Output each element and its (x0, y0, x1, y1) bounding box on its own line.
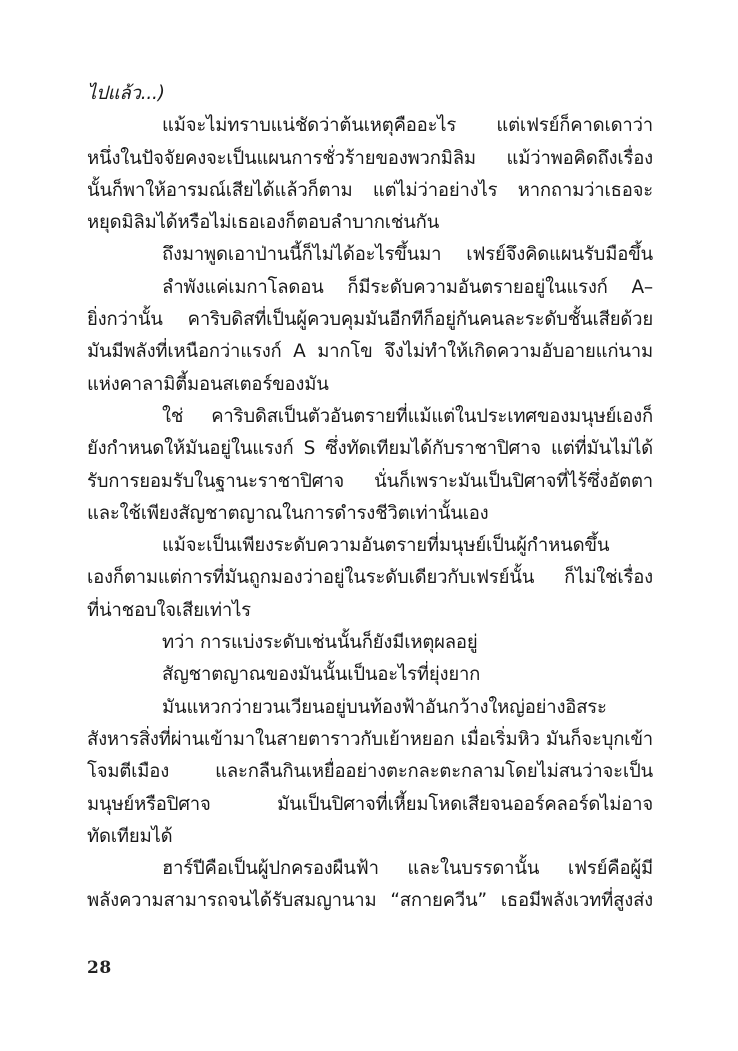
text-line-5: หยุดมิลิมได้หรือไม่เธอเองก็ตอบลำบากเช่นก… (87, 207, 653, 239)
text-line-12: ยังกำหนดให้มันอยู่ในแรงก์ S ซึ่งทัดเทียม… (87, 433, 653, 465)
text-line-14: และใช้เพียงสัญชาตญาณในการดำรงชีวิตเท่านั… (87, 498, 653, 530)
text-line-19: สัญชาตญาณของมันนั้นเป็นอะไรที่ยุ่งยาก (87, 659, 653, 691)
text-line-24: ทัดเทียมได้ (87, 821, 653, 853)
text-line-23: มนุษย์หรือปิศาจ มันเป็นปิศาจที่เหี้ยมโหด… (87, 789, 653, 821)
text-line-9: มันมีพลังที่เหนือกว่าแรงก์ A มากโข จึงไม… (87, 336, 653, 368)
text-line-6: ถึงมาพูดเอาป่านนี้ก็ไม่ได้อะไรขึ้นมา เฟร… (87, 239, 653, 271)
text-line-8: ยิ่งกว่านั้น คาริบดิสที่เป็นผู้ควบคุมมัน… (87, 304, 653, 336)
text-line-7: ลำพังแค่เมกาโลดอน ก็มีระดับความอันตรายอย… (87, 272, 653, 304)
page-text-body: ไปแล้ว...) แม้จะไม่ทราบแน่ชัดว่าต้นเหตุค… (87, 78, 653, 918)
text-line-15: แม้จะเป็นเพียงระดับความอันตรายที่มนุษย์เ… (87, 530, 653, 562)
text-line-2: แม้จะไม่ทราบแน่ชัดว่าต้นเหตุคืออะไร แต่เ… (87, 110, 653, 142)
text-line-26: พลังความสามารถจนได้รับสมญานาม “สกายควีน”… (87, 885, 653, 917)
text-line-16: เองก็ตามแต่การที่มันถูกมองว่าอยู่ในระดับ… (87, 562, 653, 594)
text-line-25: ฮาร์ปีคือเป็นผู้ปกครองผืนฟ้า และในบรรดาน… (87, 853, 653, 885)
page-number: 28 (87, 958, 112, 978)
text-line-18: ทว่า การแบ่งระดับเช่นนั้นก็ยังมีเหตุผลอย… (87, 627, 653, 659)
text-line-21: สังหารสิ่งที่ผ่านเข้ามาในสายตาราวกับเย้า… (87, 724, 653, 756)
text-line-11: ใช่ คาริบดิสเป็นตัวอันตรายที่แม้แต่ในประ… (87, 401, 653, 433)
text-line-3: หนึ่งในปัจจัยคงจะเป็นแผนการชั่วร้ายของพว… (87, 143, 653, 175)
text-line-17: ที่น่าชอบใจเสียเท่าไร (87, 595, 653, 627)
text-line-22: โจมตีเมือง และกลืนกินเหยื่ออย่างตะกละตะก… (87, 756, 653, 788)
text-line-13: รับการยอมรับในฐานะราชาปิศาจ นั่นก็เพราะม… (87, 466, 653, 498)
text-line-20: มันแหวกว่ายวนเวียนอยู่บนท้องฟ้าอันกว้างใ… (87, 692, 653, 724)
text-line-10: แห่งคาลามิตี้มอนสเตอร์ของมัน (87, 369, 653, 401)
text-line-4: นั้นก็พาให้อารมณ์เสียได้แล้วก็ตาม แต่ไม่… (87, 175, 653, 207)
text-line-1: ไปแล้ว...) (87, 78, 653, 110)
